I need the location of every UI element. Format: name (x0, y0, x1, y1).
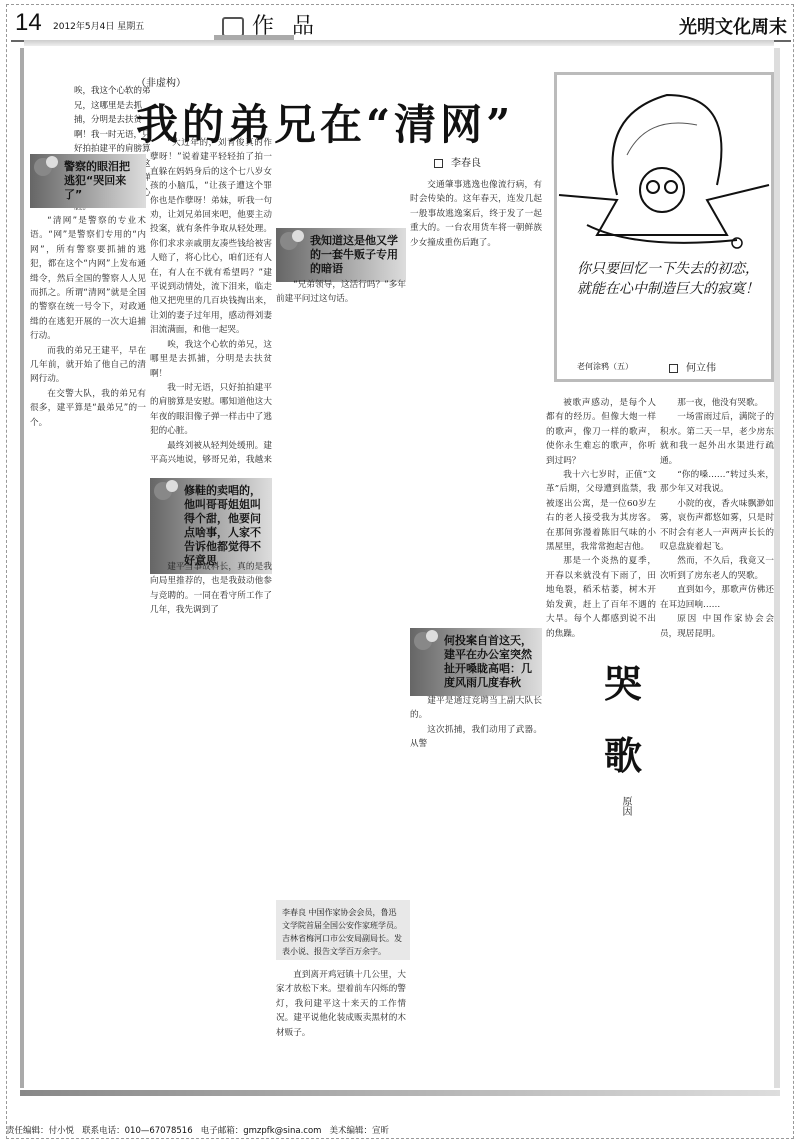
cartoon-caption: 你只要回忆一下失去的初恋，就能在心中制造巨大的寂寞！ (577, 259, 759, 299)
page-footer: 责任编辑：付小悦 联系电话：010—67078516 电子邮箱：gmzpfk@s… (6, 1124, 389, 1136)
top-bar (24, 40, 774, 46)
section-heading-1: 警察的眼泪把逃犯“哭回来了” (30, 154, 146, 208)
article-column-1: “清网”是警察的专业术语。“网”是警察们专用的“内网”，所有警察要抓捕的逃犯，都… (30, 214, 146, 1084)
poem-column-2: 那一夜，他没有哭歌。 一场雷雨过后，满院子的积水。第二天一早，老少房东就和我一起… (660, 396, 774, 1084)
cartoon-artist: 何立伟 (669, 359, 716, 374)
article-byline: 李春良 (434, 154, 481, 169)
article-column-3: “兄弟领导，这活行吗？”多年前建平问过这句话。 (276, 278, 406, 588)
page-content: 唉，我这个心软的弟兄，这哪里是去抓捕，分明是去扶贫啊！我一时无语，只好拍拍建平的… (20, 48, 780, 1088)
article-column-4b: 建平是通过竞聘当上副大队长的。 这次抓捕，我们动用了武器。从警 (410, 694, 542, 1084)
article-subtitle: （非虚构） (136, 74, 186, 89)
section-heading-2: 我知道这是他又学的一套牛贩子专用的暗语 (276, 228, 406, 282)
article-column-3b: 直到离开鸡冠镇十几公里，大家才放松下来。望着前车闪烁的警灯，我问建平这十来天的工… (276, 968, 406, 1084)
newspaper-brand: 光明文化周末 (679, 13, 787, 39)
poem-title: 哭歌 (598, 648, 648, 792)
cartoon-series: 老何涂鸦（五） (577, 361, 633, 372)
author-bio: 李春良 中国作家协会会员，鲁迅文学院首届全国公安作家班学员。吉林省梅河口市公安局… (276, 900, 410, 960)
footer-email: 电子邮箱：gmzpfk@sina.com (201, 1126, 322, 1136)
book-icon (222, 17, 244, 37)
byline-box-icon (434, 159, 443, 168)
cartoon-panel: 你只要回忆一下失去的初恋，就能在心中制造巨大的寂寞！ 老何涂鸦（五） 何立伟 (554, 72, 774, 382)
poem-author: 原因 (618, 796, 633, 816)
article-column-2: “大过年的，刘青俊真的作孽呀！”说着建平轻轻拍了拍一直躲在妈妈身后的这个七八岁女… (150, 136, 272, 466)
article-column-4: 交通肇事逃逸也像流行病，有时会传染的。这年春天，连发几起一般事故逃逸案后，终于发… (410, 178, 542, 618)
footer-bar (20, 1090, 780, 1096)
page-number: 14 (15, 9, 42, 37)
artist-box-icon (669, 364, 678, 373)
article-column-2b: 建平当事故科长，真的是我向局里推荐的，也是我鼓动他参与竞聘的。一同在看守所工作了… (150, 560, 272, 1084)
issue-date: 2012年5月4日 星期五 (53, 19, 144, 32)
page-header: 14 2012年5月4日 星期五 作品 光明文化周末 (7, 5, 793, 39)
section-heading-4: 何投案自首这天，建平在办公室突然扯开嗓眬高唱：几度风雨几度春秋 (410, 628, 542, 696)
cartoon-drawing-icon (557, 75, 771, 255)
